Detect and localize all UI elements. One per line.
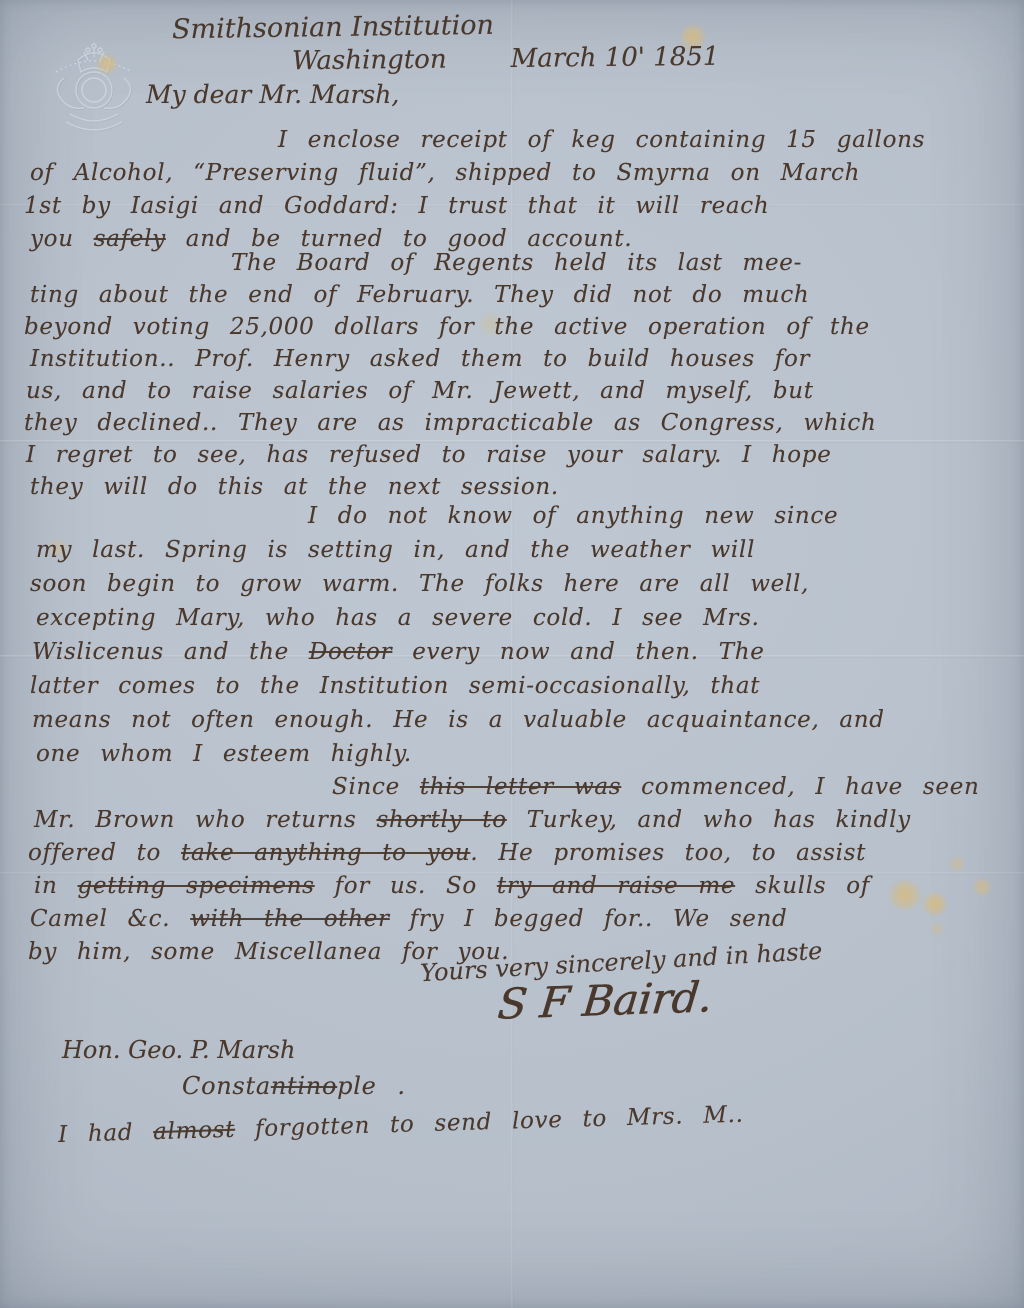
letter-line: Since this letter was commenced, I have …: [30, 771, 1006, 804]
text-segment: I had: [58, 1119, 154, 1148]
struck-text: almost: [153, 1117, 236, 1145]
letter-line: one whom I esteem highly.: [36, 737, 1008, 771]
text-segment: Camel &c.: [30, 906, 190, 932]
text-segment: fry I begged for.. We send: [390, 906, 788, 932]
text-segment: 1st by Iasigi and Goddard: I trust that …: [24, 193, 769, 219]
letter-line: Institution.. Prof. Henry asked them to …: [30, 343, 1002, 375]
letter-line: Mr. Brown who returns shortly to Turkey,…: [34, 804, 1006, 837]
text-segment: I enclose receipt of keg containing 15 g…: [278, 127, 925, 153]
letter-line: in getting specimens for us. So try and …: [34, 870, 1006, 903]
struck-text: Doctor: [309, 639, 392, 665]
struck-text: ntino: [271, 1072, 337, 1100]
text-segment: Since: [332, 774, 420, 800]
text-segment: Institution.. Prof. Henry asked them to …: [30, 346, 810, 372]
struck-text: this letter was: [420, 774, 621, 800]
struck-text: shortly to: [376, 807, 506, 833]
text-segment: latter comes to the Institution semi-occ…: [30, 673, 760, 699]
letter-line: Camel &c. with the other fry I begged fo…: [30, 903, 1006, 936]
letter-line: ting about the end of February. They did…: [30, 279, 1002, 311]
letterhead-place-date: WashingtonMarch 10' 1851: [292, 42, 720, 76]
text-segment: Consta: [182, 1072, 271, 1100]
struck-text: try and raise me: [497, 873, 735, 899]
text-segment: my last. Spring is setting in, and the w…: [36, 537, 755, 563]
text-segment: The Board of Regents held its last mee-: [231, 250, 802, 276]
text-segment: skulls of: [735, 873, 870, 899]
text-segment: means not often enough. He is a valuable…: [32, 707, 885, 733]
text-segment: ple .: [337, 1072, 406, 1100]
text-segment: of Alcohol, “Preserving fluid”, shipped …: [30, 160, 860, 186]
letter-line: offered to take anything to you. He prom…: [28, 837, 1006, 870]
text-segment: they declined.. They are as impracticabl…: [24, 410, 876, 436]
letter-line: I do not know of anything new since: [32, 499, 1008, 533]
postscript: I had almost forgotten to send love to M…: [58, 1094, 998, 1148]
letter-line: latter comes to the Institution semi-occ…: [30, 669, 1008, 703]
addressee-name: Hon. Geo. P. Marsh: [62, 1036, 295, 1064]
signature: S F Baird.: [495, 972, 714, 1029]
letter-paragraph-1: I enclose receipt of keg containing 15 g…: [26, 124, 1002, 256]
text-segment: I regret to see, has refused to raise yo…: [26, 442, 832, 468]
text-segment: for us. So: [315, 873, 497, 899]
text-segment: offered to: [28, 840, 181, 866]
letter-line: Wislicenus and the Doctor every now and …: [32, 635, 1008, 669]
text-segment: Wislicenus and the: [32, 639, 309, 665]
text-segment: Turkey, and who has kindly: [507, 807, 911, 833]
text-segment: I do not know of anything new since: [308, 503, 838, 529]
letter-line: I regret to see, has refused to raise yo…: [26, 439, 1002, 471]
addressee-place: Constantinople .: [182, 1072, 406, 1100]
text-segment: every now and then. The: [392, 639, 764, 665]
letter-line: soon begin to grow warm. The folks here …: [30, 567, 1008, 601]
letter-line: excepting Mary, who has a severe cold. I…: [36, 601, 1008, 635]
text-segment: forgotten to send love to Mrs. M..: [235, 1102, 744, 1143]
letter-paragraph-3: I do not know of anything new sincemy la…: [32, 499, 1008, 771]
text-segment: excepting Mary, who has a severe cold. I…: [36, 605, 760, 631]
text-segment: Mr. Brown who returns: [34, 807, 376, 833]
letterhead-institution: Smithsonian Institution: [172, 10, 494, 45]
letter-line: I enclose receipt of keg containing 15 g…: [26, 124, 1002, 157]
struck-text: getting specimens: [78, 873, 315, 899]
letter-line: of Alcohol, “Preserving fluid”, shipped …: [30, 157, 1002, 190]
text-segment: us, and to raise salaries of Mr. Jewett,…: [26, 378, 814, 404]
letter-line: my last. Spring is setting in, and the w…: [36, 533, 1008, 567]
letter-line: beyond voting 25,000 dollars for the act…: [24, 311, 1002, 343]
text-segment: one whom I esteem highly.: [36, 741, 412, 767]
letter-paragraph-4: Since this letter was commenced, I have …: [30, 771, 1006, 969]
text-segment: . He promises too, to assist: [470, 840, 866, 866]
salutation: My dear Mr. Marsh,: [146, 80, 399, 109]
text-segment: commenced, I have seen: [621, 774, 979, 800]
text-segment: ting about the end of February. They did…: [30, 282, 809, 308]
letter-line: means not often enough. He is a valuable…: [32, 703, 1008, 737]
letterhead-place: Washington: [292, 45, 447, 77]
text-segment: in: [34, 873, 78, 899]
struck-text: take anything to you: [181, 840, 470, 866]
text-segment: they will do this at the next session.: [30, 474, 559, 500]
paper-stain: [96, 54, 118, 74]
letter-line: us, and to raise salaries of Mr. Jewett,…: [26, 375, 1002, 407]
text-segment: beyond voting 25,000 dollars for the act…: [24, 314, 870, 340]
letter-line: The Board of Regents held its last mee-: [26, 247, 1002, 279]
letter-page: Smithsonian Institution WashingtonMarch …: [0, 0, 1024, 1308]
letter-line: Constantinople .: [182, 1072, 406, 1100]
letter-paragraph-2: The Board of Regents held its last mee-t…: [26, 247, 1002, 503]
letter-line: they declined.. They are as impracticabl…: [24, 407, 1002, 439]
letterhead-date: March 10' 1851: [510, 42, 719, 74]
letter-line: I had almost forgotten to send love to M…: [58, 1094, 998, 1148]
letter-line: 1st by Iasigi and Goddard: I trust that …: [24, 190, 1002, 223]
text-segment: soon begin to grow warm. The folks here …: [30, 571, 809, 597]
struck-text: with the other: [190, 906, 389, 932]
